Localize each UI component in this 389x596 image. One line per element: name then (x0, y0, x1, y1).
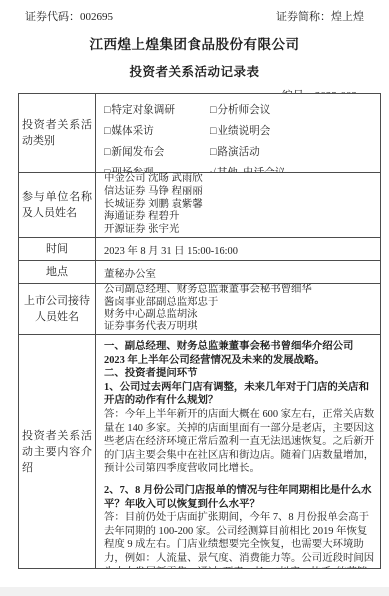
location-value: 董秘办公室 (96, 261, 380, 283)
record-table: 投资者关系活动类别 □ 特定对象调研 □ 分析师会议 □ 媒体采访 (18, 93, 381, 569)
row-label-reception: 上市公司接待人员姓名 (19, 284, 96, 334)
participant-line: 信达证券 马铮 程丽丽 (104, 186, 380, 199)
content-answer-1: 答：今年上半年新开的店面大概在 600 家左右，正常关店数量在 140 多家。关… (104, 408, 376, 476)
check-mark-icon: √ (210, 168, 216, 172)
checkbox-label: 其他 (217, 165, 238, 172)
row-label-time: 时间 (19, 238, 96, 260)
checkbox-option-press-conference[interactable]: □ 新闻发布会 (104, 144, 210, 159)
row-participants: 参与单位名称及人员姓名 中金公司 沈旸 武雨欣 信达证券 马铮 程丽丽 长城证券… (19, 172, 380, 237)
row-label-location: 地点 (19, 261, 96, 283)
checkbox-label: 分析师会议 (217, 102, 270, 117)
document-title: 投资者关系活动记录表 (0, 62, 389, 80)
participant-line: 开源证券 张宇光 (104, 224, 380, 237)
checkbox-option-other-checked[interactable]: √ 其他 电话会议 (210, 165, 378, 172)
reception-line: 公司副总经理、财务总监兼董事会秘书曾细华 (104, 284, 380, 296)
row-label-text: 投资者关系活动类别 (22, 117, 92, 149)
location-cell: 董秘办公室 (96, 261, 380, 283)
content-section-qa-header: 二、投资者提问环节 (104, 367, 376, 381)
reception-cell: 公司副总经理、财务总监兼董事会秘书曾细华 酱卤事业部副总监郑忠于 财务中心副总监… (96, 284, 380, 334)
row-label-participants: 参与单位名称及人员姓名 (19, 173, 96, 237)
checkbox-icon: □ (104, 105, 110, 116)
stock-code: 证券代码：002695 (25, 8, 113, 24)
participants-cell: 中金公司 沈旸 武雨欣 信达证券 马铮 程丽丽 长城证券 刘鹏 袁紫馨 海通证券… (96, 173, 380, 237)
checkbox-icon: □ (104, 168, 110, 172)
main-content-cell: 一、副总经理、财务总监兼董事会秘书曾细华介绍公司 2023 年上半年公司经营情况… (96, 335, 380, 568)
checkbox-label: 新闻发布会 (111, 144, 164, 159)
page-bottom-edge (0, 587, 389, 596)
checkbox-icon: □ (210, 147, 216, 158)
stock-short-name: 证券简称：煌上煌 (276, 8, 364, 24)
document-page: 证券代码：002695 证券简称：煌上煌 江西煌上煌集团食品股份有限公司 投资者… (0, 0, 389, 596)
checkbox-option-media-interview[interactable]: □ 媒体采访 (104, 123, 210, 138)
checkbox-option-targeted-research[interactable]: □ 特定对象调研 (104, 102, 210, 117)
time-value: 2023 年 8 月 31 日 15:00-16:00 (96, 238, 380, 260)
row-activity-category: 投资者关系活动类别 □ 特定对象调研 □ 分析师会议 □ 媒体采访 (19, 94, 380, 172)
participant-line: 中金公司 沈旸 武雨欣 (104, 173, 380, 186)
reception-line: 财务中心副总监胡泳 (104, 309, 380, 321)
row-label-text: 时间 (22, 241, 92, 257)
row-reception-personnel: 上市公司接待人员姓名 公司副总经理、财务总监兼董事会秘书曾细华 酱卤事业部副总监… (19, 283, 380, 334)
row-label-text: 地点 (22, 264, 92, 280)
participant-line: 海通证券 程碧升 (104, 211, 380, 224)
checkbox-icon: □ (210, 105, 216, 116)
row-location: 地点 董秘办公室 (19, 260, 380, 283)
checkbox-icon: □ (104, 147, 110, 158)
checkbox-option-analyst-meeting[interactable]: □ 分析师会议 (210, 102, 378, 117)
activity-category-cell: □ 特定对象调研 □ 分析师会议 □ 媒体采访 □ 业绩说明会 (96, 94, 380, 172)
other-activity-value: 电话会议 (243, 165, 301, 172)
content-question-2: 2、7、8 月份公司门店报单的情况与往年同期相比是什么水平？年收入可以恢复到什么… (104, 484, 376, 511)
paragraph-gap (104, 476, 376, 484)
checkbox-label: 特定对象调研 (111, 102, 175, 117)
participant-line: 长城证券 刘鹏 袁紫馨 (104, 199, 380, 212)
time-cell: 2023 年 8 月 31 日 15:00-16:00 (96, 238, 380, 260)
checkbox-option-roadshow[interactable]: □ 路演活动 (210, 144, 378, 159)
checkbox-icon: □ (210, 126, 216, 137)
row-main-content: 投资者关系活动主要内容介绍 一、副总经理、财务总监兼董事会秘书曾细华介绍公司 2… (19, 334, 380, 568)
row-label-activity-category: 投资者关系活动类别 (19, 94, 96, 172)
content-question-1: 1、公司过去两年门店有调整，未来几年对于门店的关店和开店的动作有什么规划？ (104, 381, 376, 408)
company-title: 江西煌上煌集团食品股份有限公司 (0, 33, 389, 53)
checkbox-grid: □ 特定对象调研 □ 分析师会议 □ 媒体采访 □ 业绩说明会 (96, 94, 380, 172)
checkbox-label: 现场参观 (111, 165, 153, 172)
checkbox-label: 路演活动 (217, 144, 259, 159)
reception-line: 证券事务代表万明琪 (104, 321, 380, 333)
content-answer-2: 答：目前仍处于店面扩张期间，今年 7、8 月份报单会高于去年同期的 100-20… (104, 511, 376, 568)
checkbox-option-site-visit[interactable]: □ 现场参观 (104, 165, 210, 172)
checkbox-label: 媒体采访 (111, 123, 153, 138)
checkbox-option-earnings-briefing[interactable]: □ 业绩说明会 (210, 123, 378, 138)
main-content-text: 一、副总经理、财务总监兼董事会秘书曾细华介绍公司 2023 年上半年公司经营情况… (96, 335, 380, 568)
row-label-text: 上市公司接待人员姓名 (22, 293, 92, 325)
row-label-main-content: 投资者关系活动主要内容介绍 (19, 335, 96, 568)
participants-list: 中金公司 沈旸 武雨欣 信达证券 马铮 程丽丽 长城证券 刘鹏 袁紫馨 海通证券… (96, 173, 380, 237)
content-section-intro: 一、副总经理、财务总监兼董事会秘书曾细华介绍公司 2023 年上半年公司经营情况… (104, 340, 376, 367)
row-label-text: 投资者关系活动主要内容介绍 (22, 428, 92, 476)
row-label-text: 参与单位名称及人员姓名 (22, 189, 92, 221)
checkbox-icon: □ (104, 126, 110, 137)
document-meta-row: 证券代码：002695 证券简称：煌上煌 (0, 0, 389, 24)
reception-list: 公司副总经理、财务总监兼董事会秘书曾细华 酱卤事业部副总监郑忠于 财务中心副总监… (96, 284, 380, 334)
checkbox-label: 业绩说明会 (217, 123, 270, 138)
reception-line: 酱卤事业部副总监郑忠于 (104, 297, 380, 309)
row-time: 时间 2023 年 8 月 31 日 15:00-16:00 (19, 237, 380, 260)
